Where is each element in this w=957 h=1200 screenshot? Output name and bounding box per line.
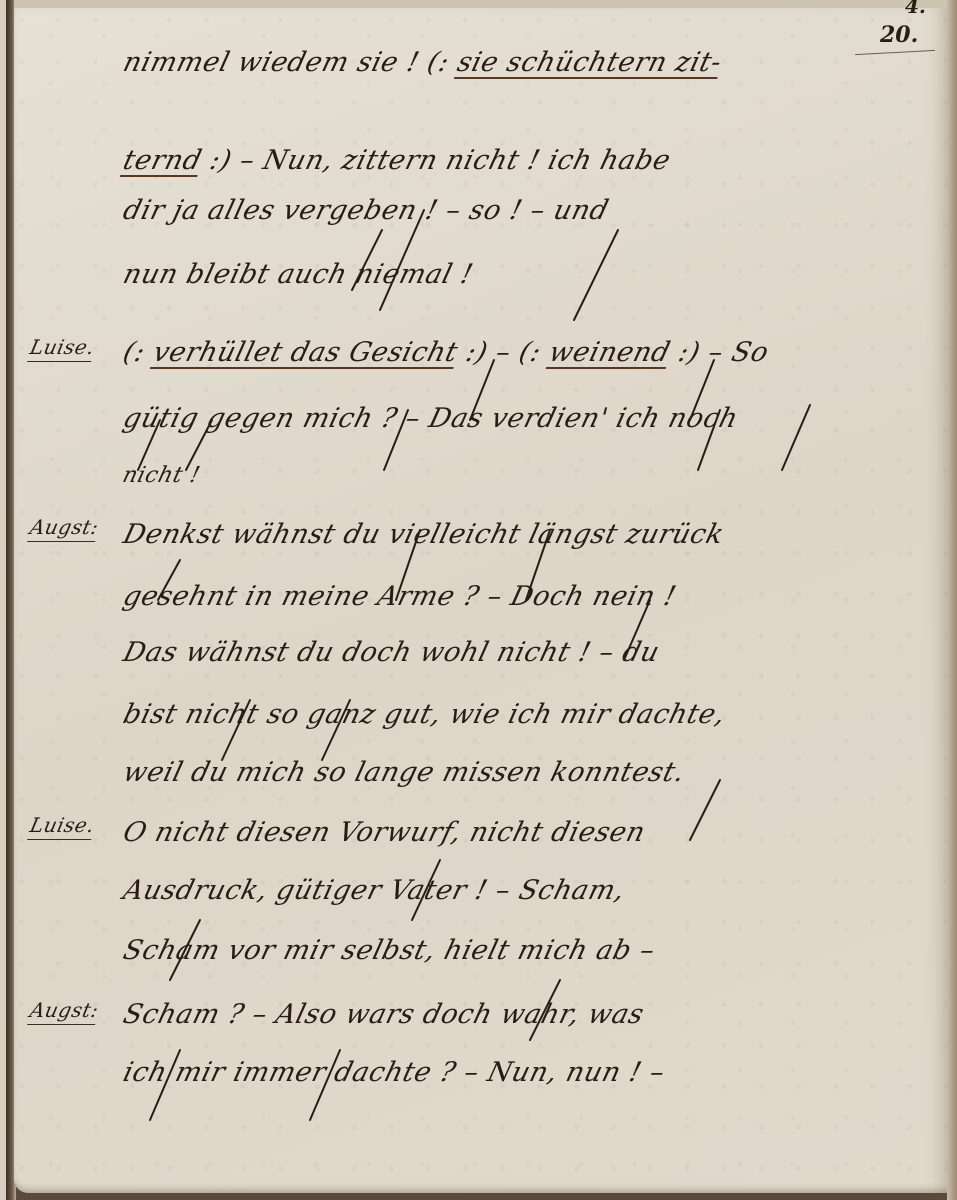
descender-strokes (0, 0, 957, 1200)
